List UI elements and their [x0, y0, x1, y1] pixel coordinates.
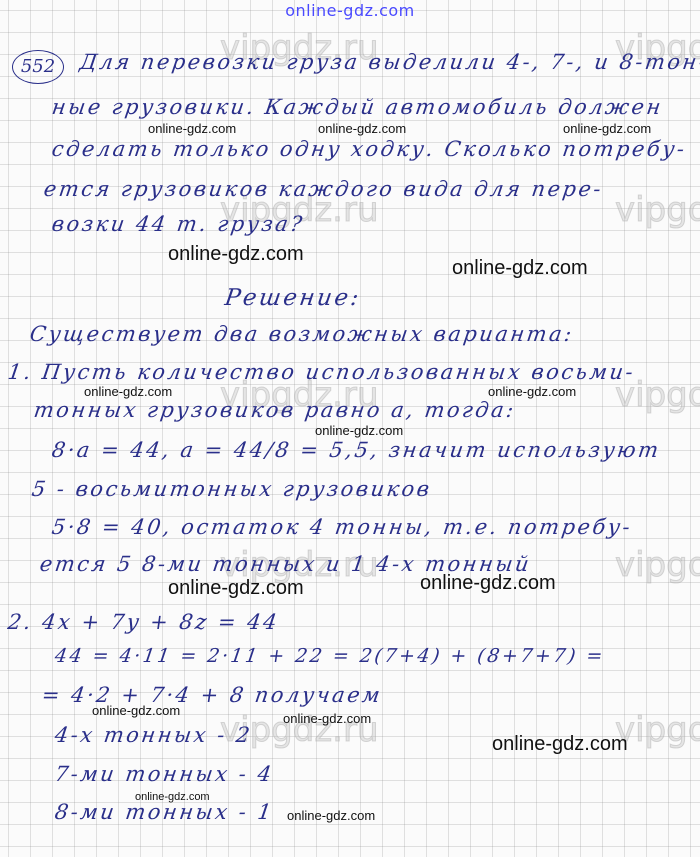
task-number: 552 [12, 50, 64, 84]
solution-heading: Решение: [223, 285, 362, 311]
task-line: возки 44 т. груза? [50, 212, 306, 236]
variant2-line: 8-ми тонных - 1 [53, 800, 275, 824]
variant2-line: 4-х тонных - 2 [53, 723, 253, 747]
site-watermark: online-gdz.com [84, 384, 172, 399]
notebook-page: online-gdz.com vipgdz.ru vipgdz.ru vipgd… [0, 0, 700, 857]
site-watermark: online-gdz.com [318, 121, 406, 136]
site-watermark: online-gdz.com [92, 703, 180, 718]
site-watermark: online-gdz.com [452, 257, 588, 280]
variant1-line: 5·8 = 40, остаток 4 тонны, т.е. потребу- [50, 515, 634, 539]
site-watermark: online-gdz.com [492, 733, 628, 756]
variant1-line: тонных грузовиков равно a, тогда: [32, 398, 517, 422]
vip-watermark: vipgdz.ru [615, 710, 700, 750]
site-watermark: online-gdz.com [168, 243, 304, 266]
site-watermark: online-gdz.com [420, 572, 556, 595]
site-watermark: online-gdz.com [283, 711, 371, 726]
variant1-line: 1. Пусть количество использованных восьм… [6, 360, 637, 384]
task-line: ется грузовиков каждого вида для пере- [42, 177, 604, 201]
vip-watermark: vipgdz.ru [615, 190, 700, 230]
site-watermark: online-gdz.com [135, 791, 210, 803]
task-line: ные грузовики. Каждый автомобиль должен [50, 95, 664, 119]
vip-watermark: vipgdz.ru [615, 545, 700, 585]
site-watermark: online-gdz.com [287, 808, 375, 823]
variant1-line: 5 - восьмитонных грузовиков [30, 477, 433, 501]
task-line: Для перевозки груза выделили 4-, 7-, и 8… [78, 50, 700, 74]
site-watermark: online-gdz.com [563, 121, 651, 136]
site-watermark: online-gdz.com [148, 121, 236, 136]
variant2-line: 44 = 4·11 = 2·11 + 22 = 2(7+4) + (8+7+7)… [53, 645, 606, 667]
solution-intro: Существует два возможных варианта: [28, 322, 575, 346]
site-watermark: online-gdz.com [315, 423, 403, 438]
task-line: сделать только одну ходку. Сколько потре… [50, 137, 688, 161]
variant1-line: 8·a = 44, a = 44/8 = 5,5, значит использ… [50, 438, 662, 462]
variant2-line: 2. 4x + 7y + 8z = 44 [6, 610, 281, 634]
header-watermark: online-gdz.com [0, 1, 700, 20]
site-watermark: online-gdz.com [488, 384, 576, 399]
site-watermark: online-gdz.com [168, 577, 304, 600]
variant2-line: 7-ми тонных - 4 [53, 762, 275, 786]
